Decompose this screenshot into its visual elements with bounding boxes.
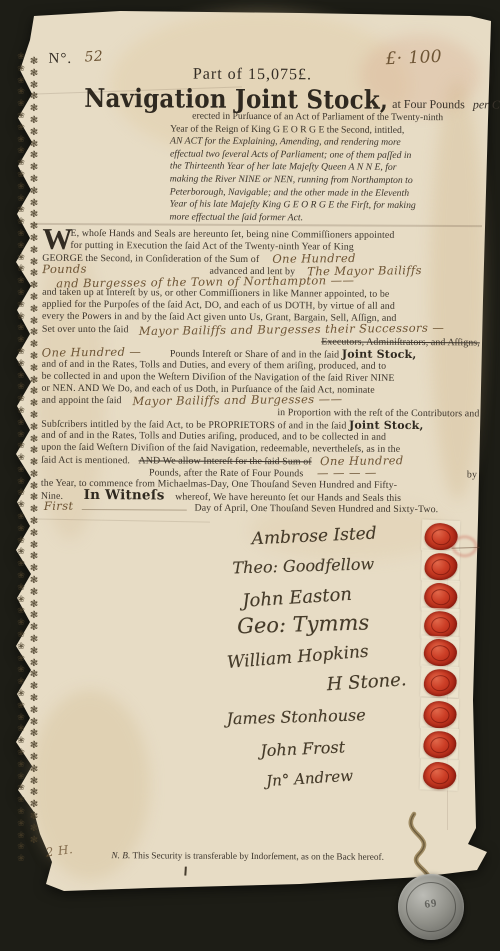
signature: Theo: Goodfellow [232, 554, 374, 577]
signature: Ambrose Isted [251, 524, 377, 550]
preamble-line: more effectual the ſaid former Act. [170, 211, 482, 225]
wax-seal [422, 761, 462, 793]
signature: H Stone. [326, 669, 407, 695]
wax-seal [423, 668, 463, 700]
title-suffix-italic: per Cent. [473, 97, 500, 111]
certificate-photo: ❀❀❀❀❀❀❀❀❀❀❀❀❀❀❀❀❀❀❀❀❀❀❀❀❀❀❀❀❀❀❀❀❀❀❀❀❀❀❀❀… [0, 0, 500, 951]
signature: William Hopkins [226, 642, 369, 673]
body-line: ſaid Act is mentioned. AND We allow Inte… [41, 454, 479, 469]
body-line: and appoint the ſaid Mayor Bailiffs and … [41, 394, 479, 409]
body-text: W E, whoſe Hands and Seals are hereunto … [41, 228, 481, 516]
signature: James Stonhouse [226, 705, 366, 728]
part-of-line: Part of 15,075£. [2, 64, 500, 85]
drop-cap: W [42, 228, 70, 251]
pendant-seal: 69 [398, 874, 464, 940]
signature: Geo: Tymms [237, 610, 370, 638]
nb-text: This Security is transferable by Indorſe… [132, 851, 384, 863]
pendant-seal-mark: 69 [397, 893, 464, 914]
ink-tick [184, 867, 187, 876]
signature: Jn° Andrew [266, 767, 354, 790]
certificate-number-value: 52 [84, 48, 104, 65]
title: Navigation Joint Stock,at Four Pounds pe… [84, 85, 484, 114]
signature: John Easton [242, 584, 353, 612]
title-suffix: at Four Pounds [392, 97, 465, 111]
body-line: First Day of April, One Thouſand Seven H… [41, 501, 479, 516]
nb-label: N. B. [111, 851, 130, 861]
nb-line: N. B. This Security is transferable by I… [58, 851, 438, 863]
signature: John Frost [260, 737, 346, 760]
blank-rule [81, 501, 186, 511]
wax-seal [422, 730, 462, 762]
body-line: Set over unto the ſaid Mayor Bailiffs an… [42, 323, 480, 338]
preamble: erected in Purſuance of an Act of Parlia… [170, 111, 483, 226]
